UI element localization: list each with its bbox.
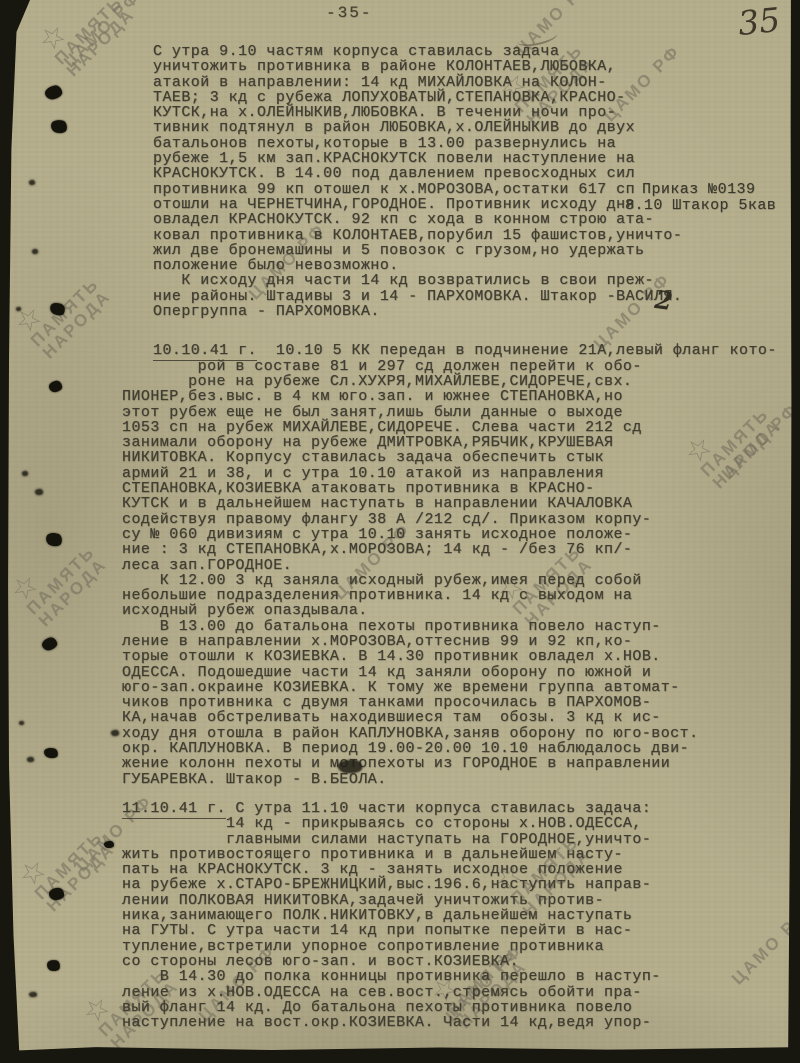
ink-blot	[16, 307, 21, 311]
watermark-memory-line1: ПАМЯТЬ	[32, 828, 107, 903]
text-line: ходу дня отошла в район КАПЛУНОВКА,заняв…	[122, 726, 777, 741]
watermark-memory-line2: НАРОДА	[36, 555, 111, 630]
text-line: ТАЕВ; 3 кд с рубежа ЛОПУХОВАТЫЙ,СТЕПАНОВ…	[153, 90, 777, 105]
text-line: су № 060 дивизиям с утра 10.10 занять ис…	[122, 527, 777, 542]
heading-rest: 10.10 5 КК передан в подчинение 21А,левы…	[257, 342, 777, 359]
text-line: жить противостоящего противника и в даль…	[122, 847, 777, 862]
date-heading-line: 11.10.41 г. С утра 11.10 части корпуса с…	[122, 801, 777, 816]
text-line: ние : 3 кд СТЕПАНОВКА,х.МОРОЗОВА; 14 кд …	[122, 542, 777, 557]
text-line: ПИОНЕР,без.выс. в 4 км юго.зап. и южнее …	[122, 389, 777, 404]
text-line: исходный рубеж опаздывала.	[122, 603, 777, 618]
text-line: 1053 сп на рубеж МИХАЙЛЕВЕ,СИДОРЕЧЕ. Сле…	[122, 420, 777, 435]
text-line: вый фланг 14 кд. До батальона пехоты про…	[122, 1000, 777, 1015]
text-line: торые отошли к КОЗИЕВКА. В 14.30 противн…	[122, 649, 777, 664]
text-line: юго-зап.окраине КОЗИЕВКА. К тому же врем…	[122, 680, 777, 695]
text-line: ление из х.НОВ.ОДЕССА на сев.вост.,стрем…	[122, 985, 777, 1000]
text-line: роне на рубеже Сл.ХУХРЯ,МИХАЙЛЕВЕ,СИДОРЕ…	[122, 374, 777, 389]
star-icon: ☆	[36, 0, 114, 56]
text-line: главными силами наступать на ГОРОДНОЕ,ун…	[122, 832, 777, 847]
text-line: рубеже 1,5 км зап.КРАСНОКУТСК повели нас…	[153, 151, 777, 166]
text-line: 14 кд - прикрываясь со стороны х.НОВ.ОДЕ…	[122, 816, 777, 831]
ink-blot	[22, 471, 28, 476]
text-line: лении ПОЛКОВАЯ НИКИТОВКА,задачей уничтож…	[122, 893, 777, 908]
scanned-document-page: -35- 35 2 С утра 9.10 частям корпуса ста…	[0, 0, 800, 1063]
ink-blot	[29, 180, 35, 185]
watermark-memory-line2: НАРОДА	[44, 840, 119, 915]
text-line: леса зап.ГОРОДНОЕ.	[122, 558, 777, 573]
ink-blot	[44, 84, 64, 101]
text-line: С утра 9.10 частям корпуса ставилась зад…	[153, 44, 777, 59]
ink-blot	[50, 119, 68, 135]
text-line: окр. КАПЛУНОВКА. В период 19.00-20.00 10…	[122, 741, 777, 756]
ink-blot	[32, 249, 38, 254]
text-line: ОДЕССА. Подошедшие части 14 кд заняли об…	[122, 665, 777, 680]
text-line: батальонов пехоты,которые в 13.00 развер…	[153, 136, 777, 151]
text-line: этот рубеж еще не был занят,лишь были да…	[122, 405, 777, 420]
text-line: тупление,встретили упорное сопротивление…	[122, 939, 777, 954]
text-line: ГУБАРЕВКА. Штакор - В.БЕОЛА.	[122, 772, 777, 787]
handwritten-page-number: 35	[736, 0, 782, 43]
text-line: жил две бронемашины и 5 повозок с грузом…	[153, 243, 777, 258]
ink-blot	[40, 636, 58, 652]
text-line: на рубеже х.СТАРО-БРЕЖНИЦКИЙ,выс.196.6,н…	[122, 877, 777, 892]
text-line: рой в составе 81 и 297 сд должен перейти…	[122, 359, 777, 374]
text-line: положение было невозможно.	[153, 258, 777, 273]
watermark-memory-line2: НАРОДА	[40, 287, 115, 362]
star-icon: ☆	[12, 259, 90, 337]
watermark-memory: ☆ПАМЯТЬНАРОДА	[16, 812, 118, 914]
ink-blot	[48, 301, 66, 317]
watermark-memory-line1: ПАМЯТЬ	[52, 0, 127, 68]
text-line: наступление на вост.окр.КОЗИЕВКА. Части …	[122, 1015, 777, 1030]
text-line: НИКИТОВКА. Корпусу ставилась задача обес…	[122, 450, 777, 465]
section-11-10-41---: 11.10.41 г. С утра 11.10 части корпуса с…	[122, 801, 777, 1030]
star-icon: ☆	[16, 812, 94, 890]
text-line: КРАСНОКУТСК. В 14.00 под давлением прево…	[153, 166, 777, 181]
text-line: КА,начав обстреливать находившиеся там о…	[122, 710, 777, 725]
watermark-memory-line1: ПАМЯТЬ	[24, 543, 99, 618]
ink-blot	[43, 747, 59, 759]
text-line: уничтожить противника в районе КОЛОНТАЕВ…	[153, 59, 777, 74]
ink-blot	[48, 380, 63, 393]
page-edge-bottom	[0, 1045, 800, 1063]
text-line: ление в направлении х.МОРОЗОВА,оттеснив …	[122, 634, 777, 649]
watermark-memory-line1: ПАМЯТЬ	[28, 275, 103, 350]
text-line: К исходу дня части 14 кд возвратились в …	[153, 273, 777, 288]
text-line: К 12.00 3 кд заняла исходный рубеж,имея …	[122, 573, 777, 588]
text-line: со стороны лесов юго-зап. и вост.КОЗИЕВК…	[122, 954, 777, 969]
text-line: Опергруппа - ПАРХОМОВКА.	[153, 304, 777, 319]
section-10-10-41---: 10.10.41 г. 10.10 5 КК передан в подчине…	[122, 343, 777, 787]
ink-blot	[49, 887, 65, 900]
text-line: атакой в направлении: 14 кд МИХАЙЛОВКА н…	[153, 75, 777, 90]
text-line: В 14.30 до полка конницы противника пере…	[122, 969, 777, 984]
typewritten-text: С утра 9.10 частям корпуса ставилась зад…	[122, 0, 777, 1030]
ink-blot	[29, 992, 37, 997]
date-heading-line: 10.10.41 г. 10.10 5 КК передан в подчине…	[122, 343, 777, 358]
text-line: В 13.00 до батальона пехоты противника п…	[122, 619, 777, 634]
text-line: овладел КРАСНОКУТСК. 92 кп с хода в конн…	[153, 212, 777, 227]
ink-blot	[104, 841, 114, 848]
text-line: жение колонн пехоты и мотопехоты из ГОРО…	[122, 756, 777, 771]
ink-blot	[338, 760, 362, 773]
margin-annotation-line2: 8.10 Штакор 5кав	[625, 197, 776, 214]
ink-blot	[111, 730, 119, 736]
text-line: ковал противника в КОЛОНТАЕВ,порубил 15 …	[153, 228, 777, 243]
margin-annotation-line1: Приказ №0139	[642, 181, 755, 198]
ink-blot	[27, 757, 34, 762]
text-line: армий 21 и 38, и с утра 10.10 атакой из …	[122, 466, 777, 481]
page-edge-left	[0, 0, 30, 1063]
text-line: КУТСК и в дальнейшем наступать в направл…	[122, 496, 777, 511]
ink-blot	[45, 531, 64, 548]
text-line: на ГУТЫ. С утра части 14 кд при попытке …	[122, 923, 777, 938]
text-line: ние районы. Штадивы 3 и 14 - ПАРХОМОВКА.…	[153, 289, 777, 304]
ink-blot	[35, 489, 43, 495]
text-line: содействуя правому флангу 38 А /212 сд/.…	[122, 512, 777, 527]
ink-blot	[46, 959, 61, 972]
ink-blot	[19, 721, 24, 725]
text-line: тивник подтянул в район ЛЮБОВКА,х.ОЛЕЙНЫ…	[153, 120, 777, 135]
page-edge-right	[787, 0, 800, 1063]
